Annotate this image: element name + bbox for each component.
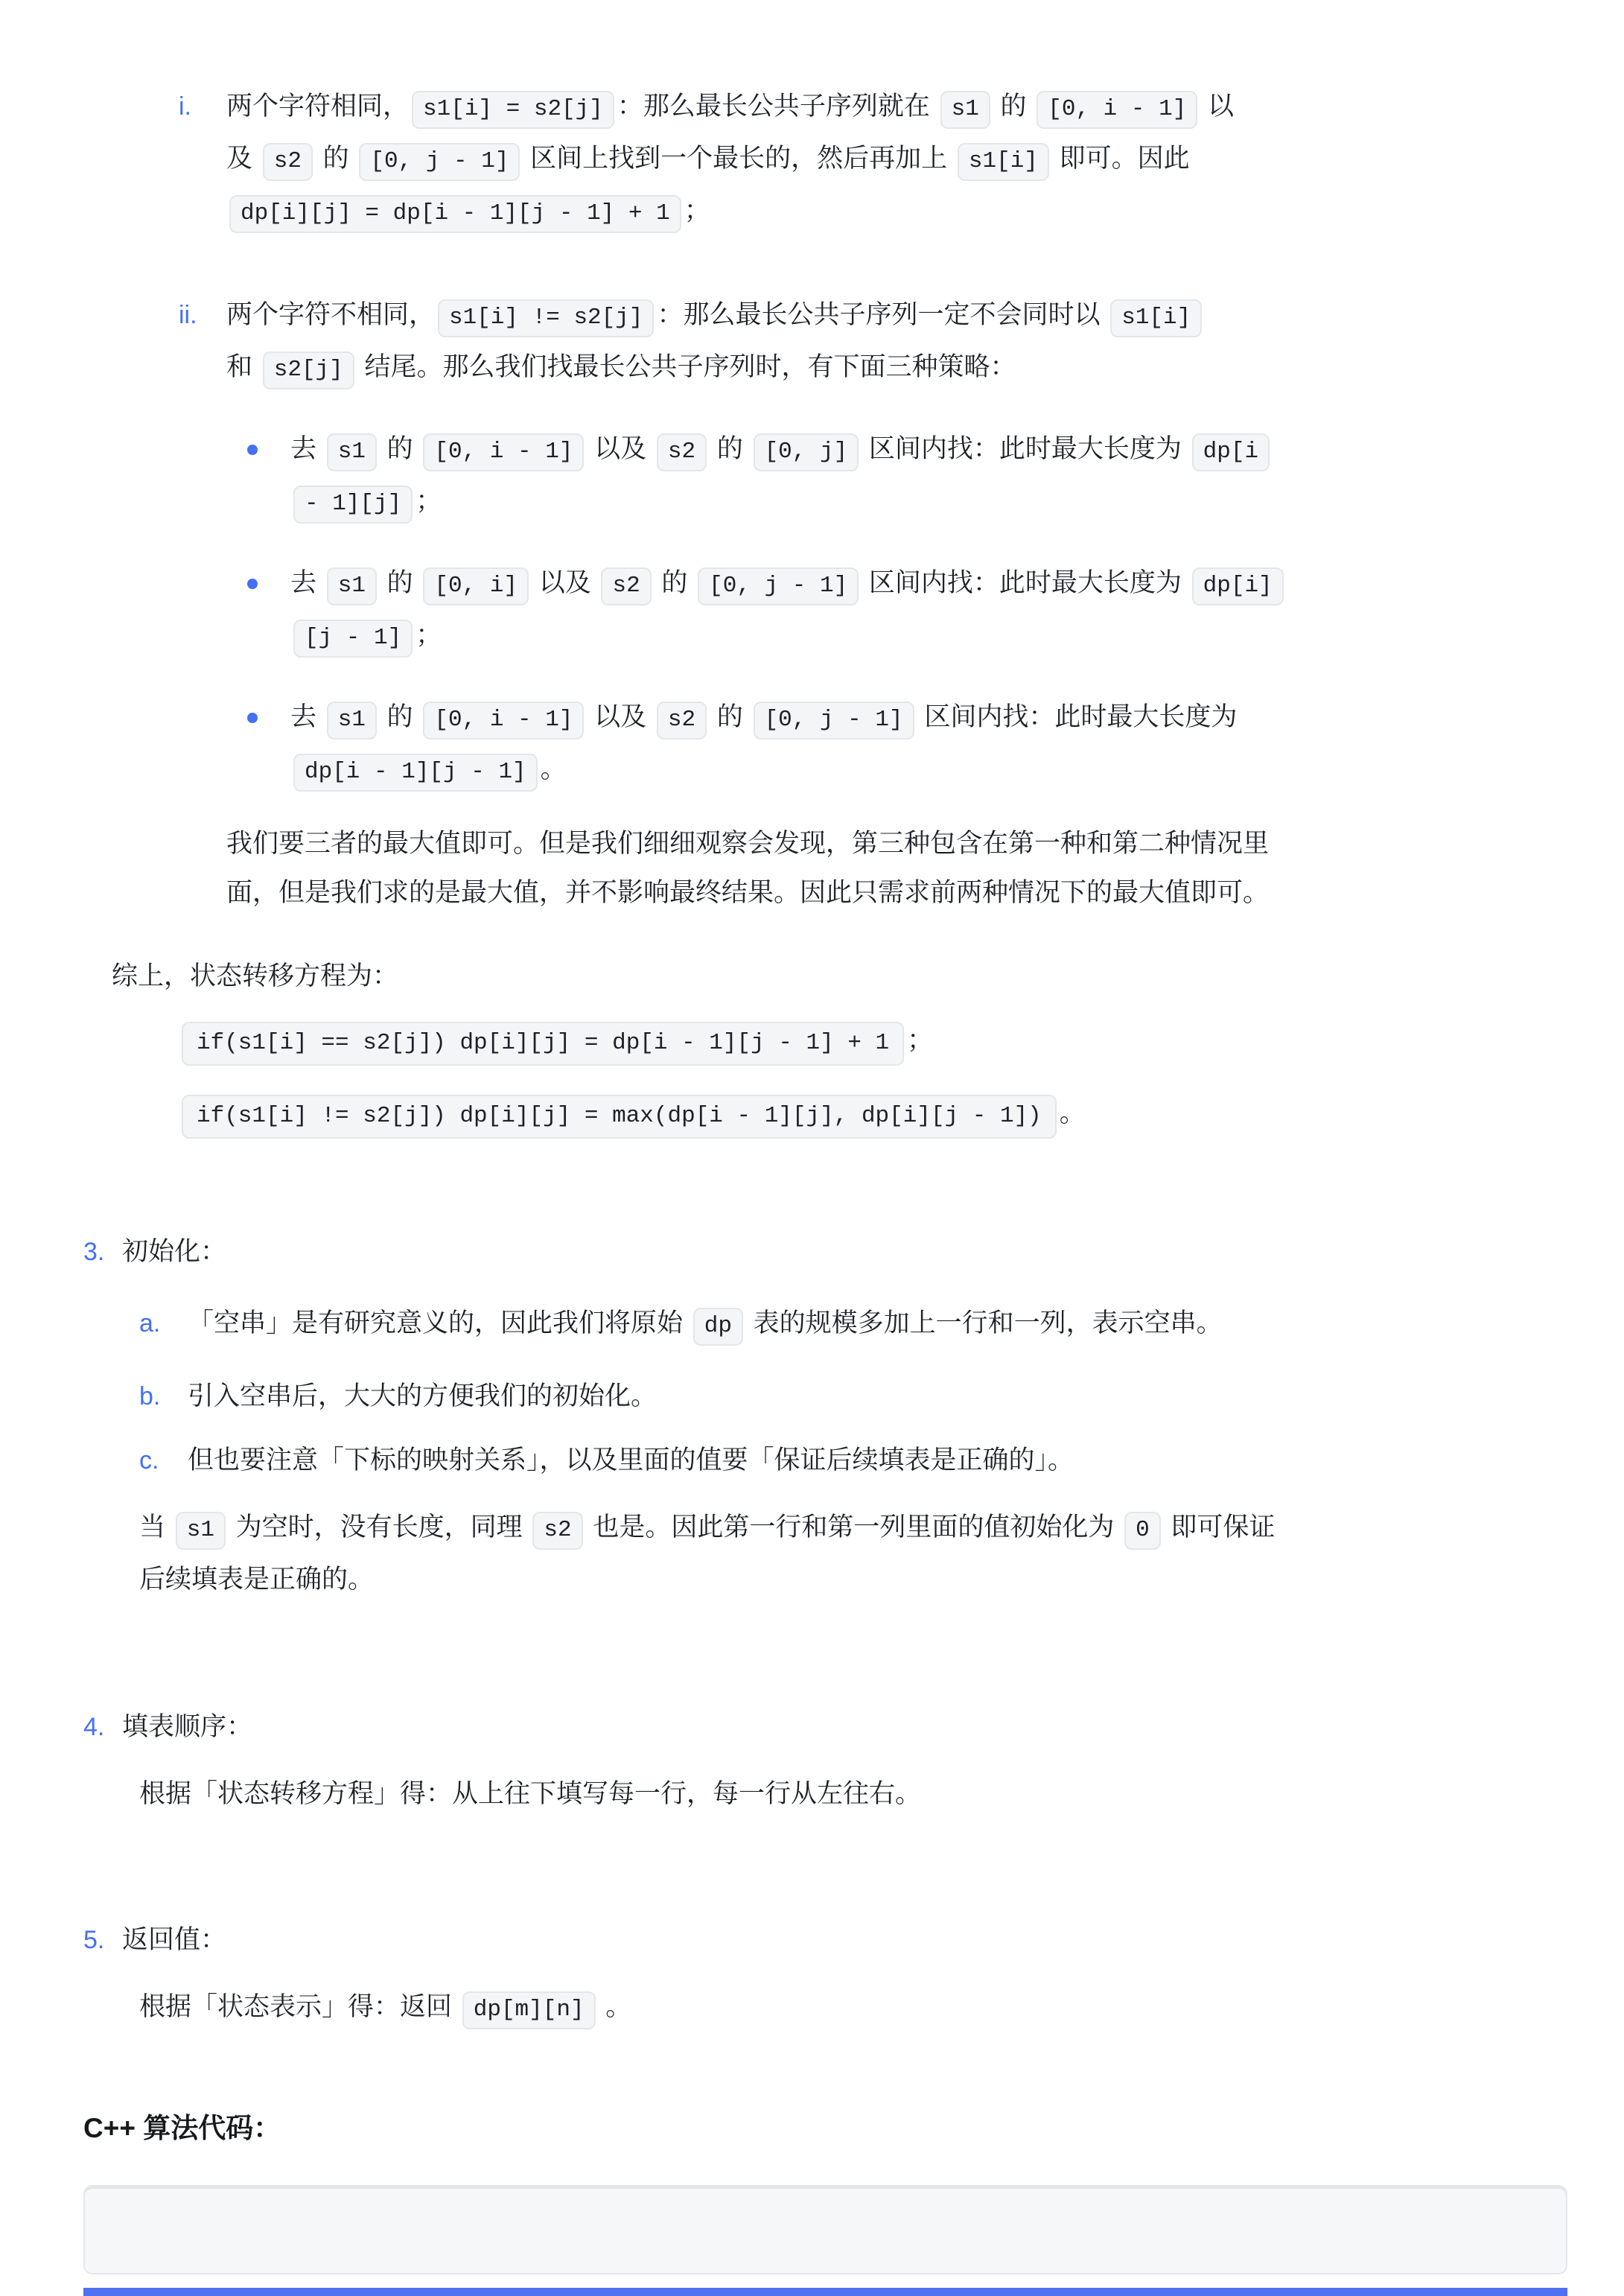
list-item: 5.返回值： <box>122 1915 1567 1965</box>
text-run: 区间上找到一个最长的，然后再加上 <box>523 144 954 173</box>
text-run: 的 <box>710 702 750 731</box>
text-run: 当 <box>139 1513 173 1542</box>
text-run: 去 <box>290 568 324 597</box>
list-item: 4.填表顺序： <box>122 1702 1567 1752</box>
bullet-icon <box>247 445 258 455</box>
text-run: ：那么最长公共子序列一定不会同时以 <box>657 300 1107 329</box>
list-item: b.引入空串后，大大的方便我们的初始化。 <box>188 1372 1567 1421</box>
text-run: 两个字符不相同， <box>226 300 435 329</box>
inline-code: [0, i - 1] <box>423 702 584 740</box>
list-item: ii.两个字符不相同，s1[i] != s2[j]：那么最长公共子序列一定不会同… <box>226 290 1567 395</box>
inline-code: s2 <box>601 567 651 605</box>
bullet-icon <box>247 579 258 589</box>
paragraph: 根据「状态转移方程」得：从上往下填写每一行，每一行从左往右。 <box>139 1769 1567 1819</box>
text-run: ：那么最长公共子序列就在 <box>617 92 937 121</box>
text-run: 去 <box>290 702 324 731</box>
text-run: 的 <box>655 568 695 597</box>
text-run: 的 <box>710 434 750 463</box>
text-line: 根据「状态表示」得：返回 dp[m][n] 。 <box>139 1982 1567 2035</box>
list-marker: c. <box>139 1436 159 1485</box>
list-item: i.两个字符相同，s1[i] = s2[j]：那么最长公共子序列就在 s1 的 … <box>226 82 1567 238</box>
text-run: 以 <box>1200 92 1234 121</box>
text-run: 也是。因此第一行和第一列里面的值初始化为 <box>586 1513 1121 1542</box>
paragraph: 当 s1 为空时，没有长度，同理 s2 也是。因此第一行和第一列里面的值初始化为… <box>139 1503 1567 1604</box>
inline-code: [0, j - 1] <box>698 567 859 605</box>
text-run: 我们要三者的最大值即可。但是我们细细观察会发现，第三种包含在第一种和第二种情况里 <box>226 829 1269 858</box>
inline-code: s2 <box>657 702 707 740</box>
text-line: 后续填表是正确的。 <box>139 1555 1567 1604</box>
inline-code: [0, j - 1] <box>359 143 520 181</box>
inline-code: s2 <box>532 1512 582 1550</box>
inline-code: s2 <box>657 433 707 471</box>
text-line: 但也要注意「下标的映射关系」，以及里面的值要「保证后续填表是正确的」。 <box>188 1436 1567 1485</box>
text-run: ； <box>415 620 442 649</box>
inline-code: s1 <box>327 702 377 740</box>
list-marker: a. <box>139 1299 160 1348</box>
text-run: 但也要注意「下标的映射关系」，以及里面的值要「保证后续填表是正确的」。 <box>188 1446 1074 1475</box>
code-line: if(s1[i] == s2[j]) dp[i][j] = dp[i - 1][… <box>179 1013 1567 1071</box>
text-run: 后续填表是正确的。 <box>139 1565 374 1594</box>
text-run: 结尾。那么我们找最长公共子序列时，有下面三种策略： <box>357 352 1016 381</box>
text-run: 以及 <box>587 702 653 731</box>
inline-code: [0, i - 1] <box>1037 91 1197 129</box>
text-line: 「空串」是有研究意义的，因此我们将原始 dp 表的规模多加上一行和一列，表示空串… <box>188 1299 1567 1351</box>
text-line: 初始化： <box>122 1227 1567 1276</box>
inline-code: s1[i] != s2[j] <box>438 299 654 337</box>
inline-code: s1 <box>327 433 377 471</box>
text-run: 以及 <box>587 434 653 463</box>
bullet-item: 去 s1 的 [0, i] 以及 s2 的 [0, j - 1] 区间内找：此时… <box>290 559 1567 663</box>
blue-accent-bar <box>83 2288 1567 2296</box>
inline-code: dp[i][j] = dp[i - 1][j - 1] + 1 <box>229 195 681 233</box>
text-line: dp[i][j] = dp[i - 1][j - 1] + 1； <box>226 186 1567 238</box>
bullet-item: 去 s1 的 [0, i - 1] 以及 s2 的 [0, j - 1] 区间内… <box>290 693 1567 797</box>
inline-code: [0, j] <box>754 433 859 471</box>
inline-code: s1 <box>327 567 377 605</box>
inline-code: s1[i] = s2[j] <box>412 91 614 129</box>
text-line: 我们要三者的最大值即可。但是我们细细观察会发现，第三种包含在第一种和第二种情况里 <box>226 819 1567 868</box>
text-line: 去 s1 的 [0, i - 1] 以及 s2 的 [0, j] 区间内找：此时… <box>290 424 1567 477</box>
text-line: 去 s1 的 [0, i - 1] 以及 s2 的 [0, j - 1] 区间内… <box>290 693 1567 745</box>
text-run: 的 <box>380 434 420 463</box>
text-line: 两个字符相同，s1[i] = s2[j]：那么最长公共子序列就在 s1 的 [0… <box>226 82 1567 134</box>
text-run: 的 <box>380 702 420 731</box>
inline-code: s1[i] <box>1110 299 1202 337</box>
text-run: 「空串」是有研究意义的，因此我们将原始 <box>188 1308 690 1338</box>
content-flow: i.两个字符相同，s1[i] = s2[j]：那么最长公共子序列就在 s1 的 … <box>83 82 1567 2035</box>
text-run: 。 <box>599 1992 632 2021</box>
text-run: ； <box>907 1025 933 1055</box>
text-line: 引入空串后，大大的方便我们的初始化。 <box>188 1372 1567 1421</box>
inline-code: dp[m][n] <box>462 1991 596 2029</box>
text-line: [j - 1]； <box>290 611 1567 663</box>
text-line: 当 s1 为空时，没有长度，同理 s2 也是。因此第一行和第一列里面的值初始化为… <box>139 1503 1567 1555</box>
inline-code: dp[i] <box>1192 567 1284 605</box>
list-item: a.「空串」是有研究意义的，因此我们将原始 dp 表的规模多加上一行和一列，表示… <box>188 1299 1567 1351</box>
text-run: 即可保证 <box>1164 1513 1276 1542</box>
text-run: 返回值： <box>122 1925 226 1954</box>
text-run: 初始化： <box>122 1237 226 1266</box>
text-line: 返回值： <box>122 1915 1567 1965</box>
list-item: 3.初始化： <box>122 1227 1567 1276</box>
inline-code: if(s1[i] == s2[j]) dp[i][j] = dp[i - 1][… <box>182 1022 904 1066</box>
list-marker: 4. <box>83 1702 104 1752</box>
text-run: ； <box>415 486 442 515</box>
text-run: 区间内找：此时最大长度为 <box>862 434 1188 463</box>
inline-code: [0, i - 1] <box>423 433 584 471</box>
text-run: 区间内找：此时最大长度为 <box>862 568 1188 597</box>
text-line: 综上，状态转移方程为： <box>112 952 1567 1001</box>
inline-code: s1 <box>940 91 990 129</box>
text-run: 区间内找：此时最大长度为 <box>917 702 1238 731</box>
inline-code: s2[j] <box>263 352 354 389</box>
inline-code: dp[i <box>1192 433 1270 471</box>
paragraph: 综上，状态转移方程为： <box>112 952 1567 1001</box>
text-run: 以及 <box>532 568 598 597</box>
article: i.两个字符相同，s1[i] = s2[j]：那么最长公共子序列就在 s1 的 … <box>0 0 1624 2274</box>
bullet-item: 去 s1 的 [0, i - 1] 以及 s2 的 [0, j] 区间内找：此时… <box>290 424 1567 529</box>
text-run: 和 <box>226 352 260 381</box>
bullet-icon <box>247 713 258 723</box>
inline-code: [0, i] <box>423 567 529 605</box>
text-run: 。 <box>1060 1098 1086 1128</box>
paragraph: 我们要三者的最大值即可。但是我们细细观察会发现，第三种包含在第一种和第二种情况里… <box>226 819 1567 918</box>
text-line: if(s1[i] == s2[j]) dp[i][j] = dp[i - 1][… <box>179 1013 1567 1071</box>
text-run: 根据「状态转移方程」得：从上往下填写每一行，每一行从左往右。 <box>139 1779 921 1808</box>
text-run: 。 <box>541 754 567 783</box>
paragraph: 根据「状态表示」得：返回 dp[m][n] 。 <box>139 1982 1567 2035</box>
list-item: c.但也要注意「下标的映射关系」，以及里面的值要「保证后续填表是正确的」。 <box>188 1436 1567 1485</box>
text-run: 表的规模多加上一行和一列，表示空串。 <box>746 1308 1223 1338</box>
inline-code: s1 <box>176 1512 226 1550</box>
text-run: 即可。因此 <box>1052 144 1190 173</box>
inline-code: if(s1[i] != s2[j]) dp[i][j] = max(dp[i -… <box>182 1095 1057 1139</box>
text-run: 去 <box>290 434 324 463</box>
code-block <box>83 2185 1567 2274</box>
inline-code: s1[i] <box>958 143 1049 181</box>
list-marker: 5. <box>83 1915 104 1965</box>
list-marker: b. <box>139 1372 160 1421</box>
text-run: 的 <box>993 92 1034 121</box>
inline-code: [0, j - 1] <box>754 702 914 740</box>
text-line: dp[i - 1][j - 1]。 <box>290 745 1567 797</box>
list-marker: ii. <box>179 290 197 340</box>
text-line: 面，但是我们求的是最大值，并不影响最终结果。因此只需求前两种情况下的最大值即可。 <box>226 868 1567 918</box>
text-run: 的 <box>316 144 356 173</box>
inline-code: [j - 1] <box>293 620 413 658</box>
text-run: 根据「状态表示」得：返回 <box>139 1992 459 2021</box>
list-marker: 3. <box>83 1227 104 1276</box>
inline-code: dp[i - 1][j - 1] <box>293 754 538 792</box>
text-run: 面，但是我们求的是最大值，并不影响最终结果。因此只需求前两种情况下的最大值即可。 <box>226 878 1269 907</box>
inline-code: 0 <box>1124 1512 1161 1550</box>
text-run: ； <box>684 196 710 225</box>
text-line: 和 s2[j] 结尾。那么我们找最长公共子序列时，有下面三种策略： <box>226 343 1567 395</box>
list-marker: i. <box>179 82 191 131</box>
inline-code: s2 <box>263 143 313 181</box>
text-line: 根据「状态转移方程」得：从上往下填写每一行，每一行从左往右。 <box>139 1769 1567 1819</box>
text-line: - 1][j]； <box>290 477 1567 529</box>
cpp-code-heading: C++ 算法代码： <box>83 2109 1567 2148</box>
code-line: if(s1[i] != s2[j]) dp[i][j] = max(dp[i -… <box>179 1086 1567 1144</box>
text-run: 综上，状态转移方程为： <box>112 961 398 990</box>
text-run: 两个字符相同， <box>226 92 409 121</box>
text-run: 填表顺序： <box>122 1712 252 1741</box>
text-line: 填表顺序： <box>122 1702 1567 1752</box>
text-line: 去 s1 的 [0, i] 以及 s2 的 [0, j - 1] 区间内找：此时… <box>290 559 1567 611</box>
text-line: if(s1[i] != s2[j]) dp[i][j] = max(dp[i -… <box>179 1086 1567 1144</box>
text-run: 引入空串后，大大的方便我们的初始化。 <box>188 1381 657 1411</box>
text-run: 的 <box>380 568 420 597</box>
text-run: 为空时，没有长度，同理 <box>229 1513 529 1542</box>
text-run: 及 <box>226 144 260 173</box>
text-line: 及 s2 的 [0, j - 1] 区间上找到一个最长的，然后再加上 s1[i]… <box>226 134 1567 186</box>
text-line: 两个字符不相同，s1[i] != s2[j]：那么最长公共子序列一定不会同时以 … <box>226 290 1567 343</box>
inline-code: - 1][j] <box>293 486 413 524</box>
inline-code: dp <box>693 1308 743 1346</box>
